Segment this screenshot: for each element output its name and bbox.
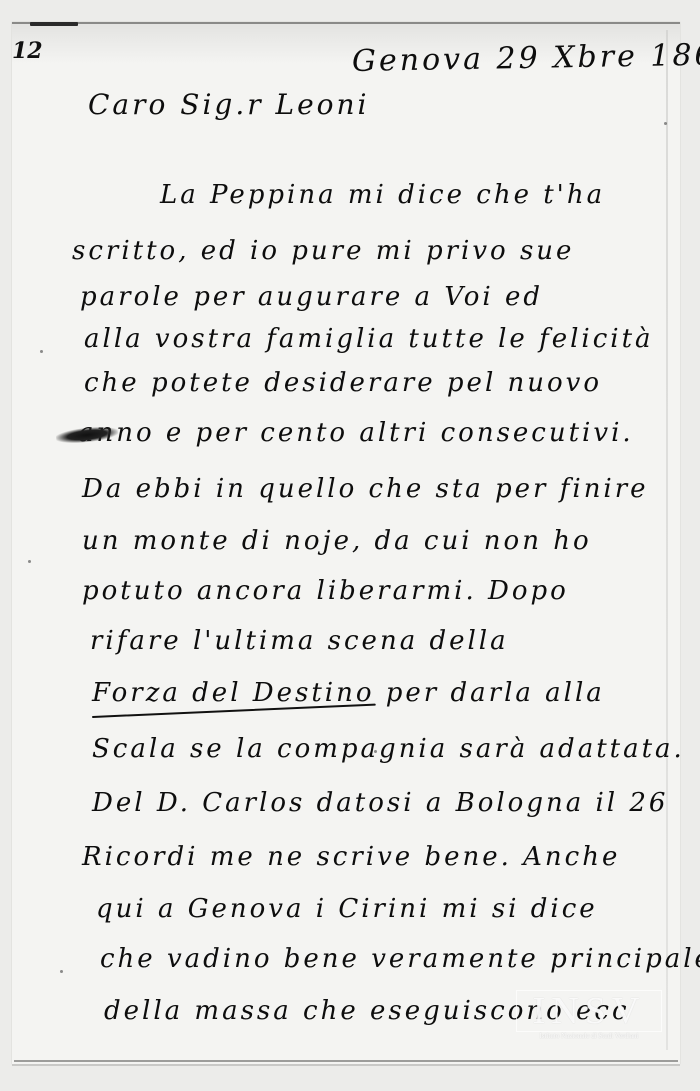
paper-right-edge: [666, 30, 668, 1050]
letter-line: Da ebbi in quello che sta per finire: [82, 474, 649, 504]
date-line: Genova 29 Xbre 1868: [352, 37, 700, 79]
letter-line: Scala se la compagnia sarà adattata.: [92, 734, 685, 764]
letter-line: che potete desiderare pel nuovo: [84, 368, 602, 398]
paper-speck: [664, 122, 667, 125]
letter-line: scritto, ed io pure mi privo sue: [72, 236, 574, 266]
paper-speck: [374, 750, 377, 753]
salutation: Caro Sig.r Leoni: [88, 88, 370, 121]
letter-line: rifare l'ultima scena della: [90, 626, 509, 656]
page-number: 12: [12, 38, 43, 64]
letter-line: della massa che eseguiscono ecc: [104, 996, 630, 1026]
letter-line: Ricordi me ne scrive bene. Anche: [82, 842, 620, 872]
letter-line: che vadino bene veramente principale: [100, 944, 700, 974]
paper-speck: [40, 350, 43, 353]
paper-bottom-edge: [14, 1060, 678, 1062]
letter-line: qui a Genova i Cirini mi si dice: [96, 894, 598, 924]
letter-line: La Peppina mi dice che t'ha: [160, 180, 605, 210]
letter-line: alla vostra famiglia tutte le felicità: [84, 324, 654, 354]
letter-line: Forza del Destino per darla alla: [92, 678, 605, 708]
letter-line: anno e per cento altri consecutivi.: [78, 418, 634, 448]
scanned-letter-view: 12 Genova 29 Xbre 1868 Caro Sig.r Leoni …: [0, 0, 700, 1091]
paper-speck: [60, 970, 63, 973]
letter-line: parole per augurare a Voi ed: [80, 282, 543, 312]
letter-line: un monte di noje, da cui non ho: [82, 526, 592, 556]
letter-line: potuto ancora liberarmi. Dopo: [82, 576, 569, 606]
paper-speck: [28, 560, 31, 563]
mounting-tape-strip: [30, 22, 78, 26]
letter-line: Del D. Carlos datosi a Bologna il 26: [92, 788, 668, 818]
